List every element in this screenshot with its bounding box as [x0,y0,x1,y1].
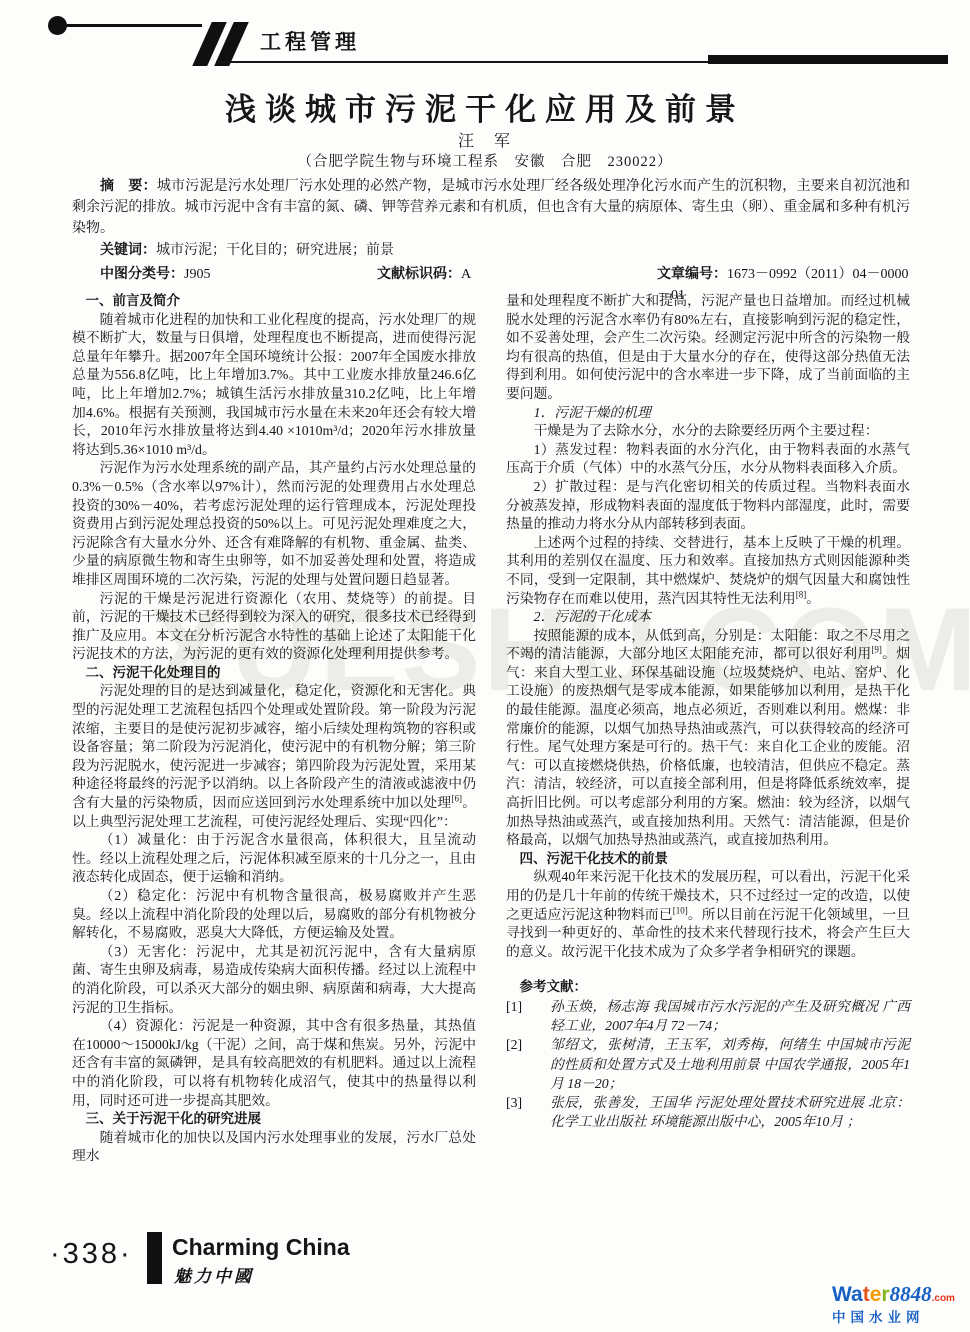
paragraph: （2）稳定化：污泥中有机物含量很高，极易腐败并产生恶臭。经以上流程中消化阶段的处… [72,887,476,943]
paragraph: 污泥处理的目的是达到减量化，稳定化，资源化和无害化。典型的污泥处理工艺流程包括四… [72,682,476,831]
paragraph: 按照能源的成本，从低到高，分别是：太阳能：取之不尽用之不竭的清洁能源，大部分地区… [506,627,910,850]
logo-chinese-name: 中国水业网 [832,1310,955,1326]
logo-number: 8848 [890,1282,932,1306]
reference-label: [2] [506,1035,522,1054]
logo-letter: r [881,1283,889,1306]
sub-heading: 2．污泥的干化成本 [506,608,910,627]
water8848-logo: Water8848.com 中国水业网 [832,1283,955,1326]
keywords-text: 城市污泥；干化目的；研究进展；前景 [156,243,394,258]
water8848-wordmark: Water8848.com [832,1283,955,1310]
section-heading: 四、污泥干化技术的前景 [506,850,910,869]
paragraph: 随着城市化的加快以及国内污水处理事业的发展，污水厂总处理水 [72,1129,476,1166]
page-number: ·338· [50,1238,133,1271]
journal-brand-english: Charming China [172,1234,350,1261]
abstract-label: 摘 要： [100,179,157,194]
article-title: 浅谈城市污泥干化应用及前景 [0,84,970,129]
article-author: 汪 军 [0,128,970,151]
article-meta-block: 摘 要：城市污泥是污水处理厂污水处理的必然产物，是城市污水处理厂经各级处理净化污… [72,176,910,306]
article-body: 一、前言及简介随着城市化进程的加快和工业化程度的提高，污水处理厂的规模不断扩大，… [72,292,910,1166]
reference-text: 邹绍文，张树清，王玉军，刘秀梅，何绪生 中国城市污泥的性质和处置方式及土地利用前… [550,1037,910,1090]
column-category-label: 工程管理 [260,26,360,56]
article-affiliation: （合肥学院生物与环境工程系 安徽 合肥 230022） [0,150,970,171]
logo-letter: Wa [832,1283,863,1306]
reference-item: [2]邹绍文，张树清，王玉军，刘秀梅，何绪生 中国城市污泥的性质和处置方式及土地… [506,1035,910,1093]
paragraph: 随着城市化进程的加快和工业化程度的提高，污水处理厂的规模不断扩大，数量与日俱增，… [72,311,476,460]
paragraph: 干燥是为了去除水分，水分的去除要经历两个主要过程： [506,422,910,441]
logo-letter: t [863,1283,870,1306]
paragraph: 2）扩散过程：是与汽化密切相关的传质过程。当物料表面水分被蒸发掉，形成物料表面的… [506,478,910,534]
reference-label: [3] [506,1093,522,1112]
section-heading: 一、前言及简介 [72,292,476,311]
paragraph: 污泥作为污水处理系统的副产品，其产量约占污水处理总量的0.3%－0.5%（含水率… [72,459,476,589]
reference-item: [1]孙玉焕，杨志海 我国城市污水污泥的产生及研究概况 广西轻工业，2007年4… [506,997,910,1035]
reference-item: [3]张辰，张善发，王国华 污泥处理处置技术研究进展 北京：化学工业出版社 环境… [506,1093,910,1131]
paragraph: 污泥的干燥是污泥进行资源化（农用、焚烧等）的前提。目前，污泥的干燥技术已经得到较… [72,590,476,664]
paragraph: （1）减量化：由于污泥含水量很高，体积很大，且呈流动性。经以上流程处理之后，污泥… [72,831,476,887]
section-heading: 三、关于污泥干化的研究进展 [72,1110,476,1129]
paragraph: （3）无害化：污泥中，尤其是初沉污泥中，含有大量病原菌、寄生虫卵及病毒，易造成传… [72,943,476,1017]
journal-brand-chinese: 魅力中國 [174,1262,254,1287]
sub-heading: 1．污泥干燥的机理 [506,404,910,423]
right-column: 量和处理程度不断扩大和提高，污泥产量也日益增加。而经过机械脱水处理的污泥含水率仍… [506,292,910,1166]
header-rule-right [216,61,712,63]
header-bar-ornament [708,55,948,64]
paragraph: 纵观40年来污泥干化技术的发展历程，可以看出，污泥干化采用的仍是几十年前的传统干… [506,868,910,961]
logo-letter: e [870,1283,882,1306]
reference-text: 张辰，张善发，王国华 污泥处理处置技术研究进展 北京：化学工业出版社 环境能源出… [550,1095,910,1129]
reference-text: 孙玉焕，杨志海 我国城市污水污泥的产生及研究概况 广西轻工业，2007年4月 7… [550,999,910,1033]
keywords-label: 关键词： [100,243,156,258]
logo-com-suffix: .com [932,1293,955,1304]
paragraph: （4）资源化：污泥是一种资源，其中含有很多热量，其热值在10000～15000k… [72,1017,476,1110]
keywords: 关键词：城市污泥；干化目的；研究进展；前景 [72,240,910,261]
paragraph: 量和处理程度不断扩大和提高，污泥产量也日益增加。而经过机械脱水处理的污泥含水率仍… [506,292,910,404]
abstract-text: 城市污泥是污水处理厂污水处理的必然产物，是城市污水处理厂经各级处理净化污水而产生… [72,179,910,236]
reference-label: [1] [506,997,522,1016]
abstract: 摘 要：城市污泥是污水处理厂污水处理的必然产物，是城市污水处理厂经各级处理净化污… [72,176,910,239]
section-heading: 参考文献： [506,978,910,997]
header-rule-left [58,24,202,27]
journal-page: { "header": { "category": "工程管理" }, "art… [0,0,970,1332]
section-heading: 二、污泥干化处理目的 [72,664,476,683]
paragraph: 上述两个过程的持续、交替进行，基本上反映了干燥的机理。其利用的差别仅在温度、压力… [506,534,910,608]
paragraph: 1）蒸发过程：物料表面的水分汽化，由于物料表面的水蒸气压高于介质（气体）中的水蒸… [506,441,910,478]
spacer [506,961,910,978]
left-column: 一、前言及简介随着城市化进程的加快和工业化程度的提高，污水处理厂的规模不断扩大，… [72,292,476,1166]
footer-bar-ornament [147,1232,162,1284]
